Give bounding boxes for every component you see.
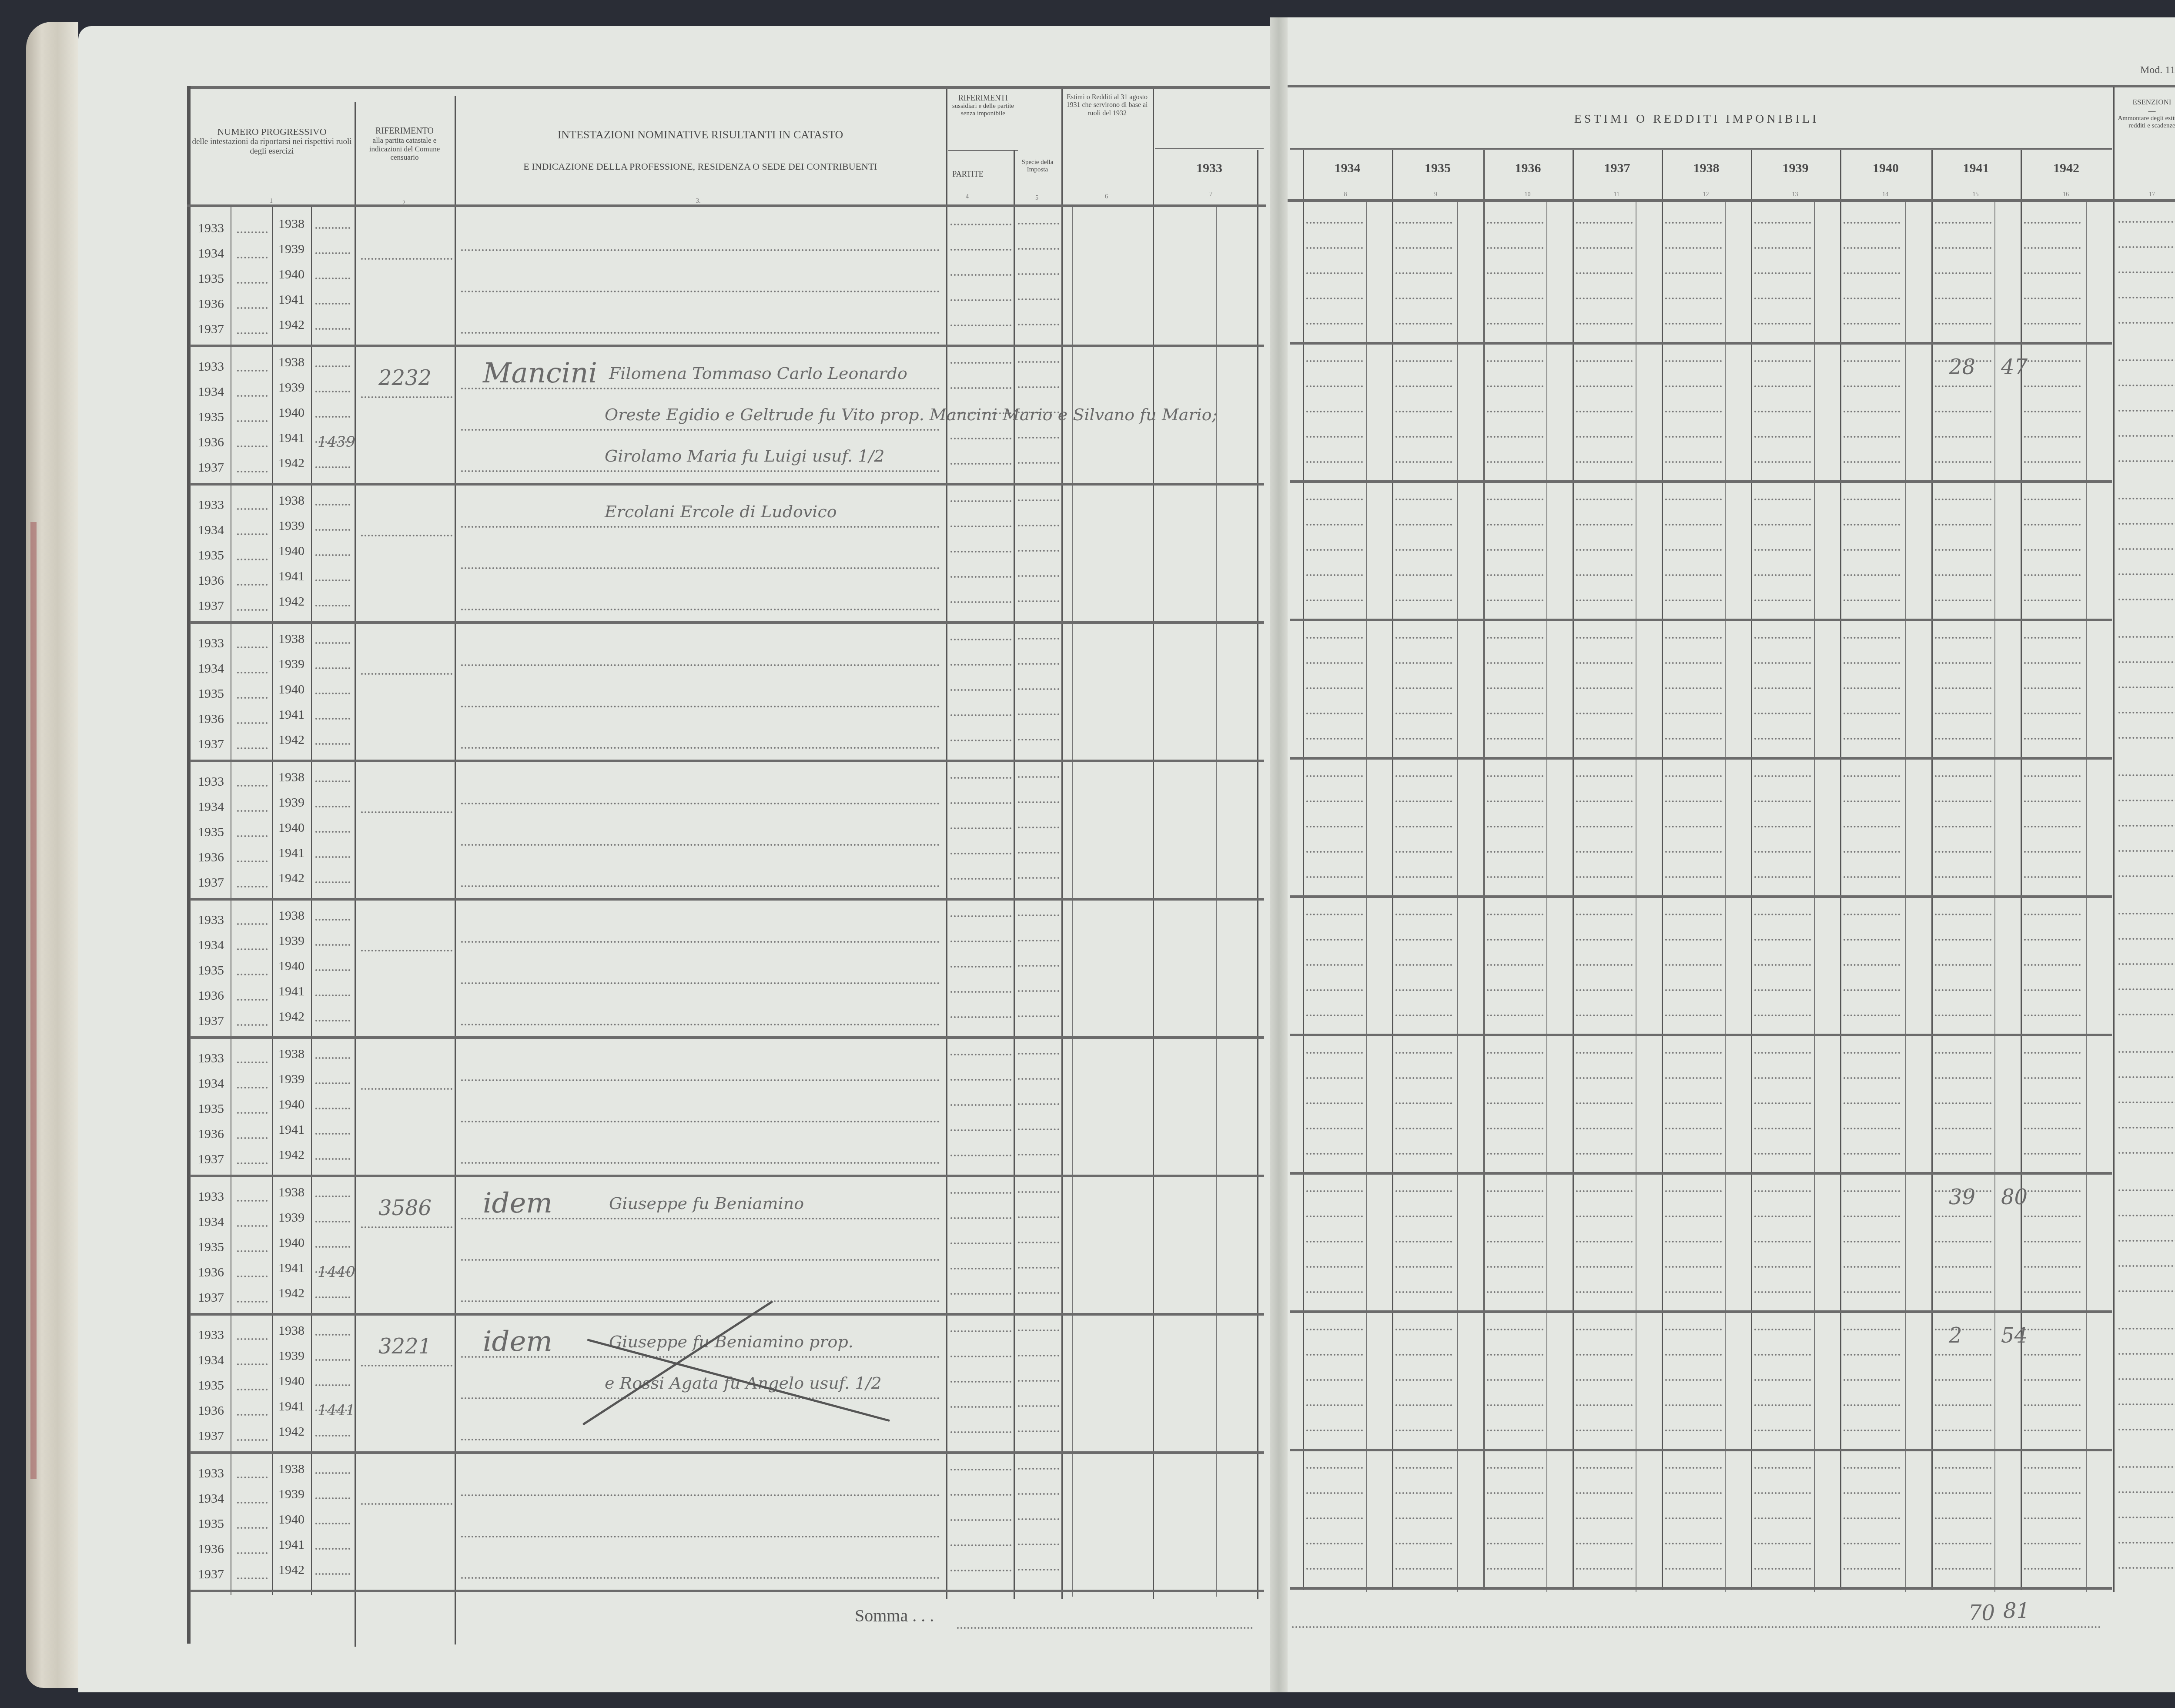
intestazione-line[interactable]: [461, 1121, 940, 1122]
estimo-field[interactable]: [1306, 637, 1363, 639]
esenzioni-field[interactable]: [2118, 548, 2175, 550]
estimo-field[interactable]: [1487, 599, 1543, 601]
esenzioni-field[interactable]: [2118, 498, 2175, 499]
estimo-field[interactable]: [1665, 385, 1722, 387]
estimo-field[interactable]: [1576, 989, 1633, 991]
partite-field[interactable]: [950, 664, 1011, 666]
partite-field[interactable]: [950, 777, 1011, 779]
estimo-field[interactable]: [1487, 1241, 1543, 1242]
estimo-field[interactable]: [1754, 461, 1811, 463]
estimo-field[interactable]: [1844, 1077, 1900, 1079]
estimo-field[interactable]: [1306, 851, 1363, 853]
estimo-field[interactable]: [1487, 662, 1543, 664]
estimo-field[interactable]: [1935, 1266, 1991, 1268]
estimo-field[interactable]: [1576, 1128, 1633, 1129]
progressivo-field[interactable]: [315, 718, 350, 720]
estimo-field[interactable]: [1395, 461, 1452, 463]
intestazione-line[interactable]: [461, 332, 940, 334]
estimo-field[interactable]: [1754, 939, 1811, 941]
estimo-field[interactable]: [1754, 1354, 1811, 1356]
estimo-field[interactable]: [1576, 1241, 1633, 1242]
estimo-field[interactable]: [1395, 599, 1452, 601]
esenzioni-field[interactable]: [2118, 410, 2175, 412]
partite-field[interactable]: [950, 1217, 1011, 1219]
estimo-field[interactable]: [1844, 989, 1900, 991]
partite-field[interactable]: [950, 991, 1011, 993]
estimo-field[interactable]: [2024, 1052, 2081, 1054]
partite-field[interactable]: [950, 601, 1011, 603]
partite-field[interactable]: [950, 827, 1011, 829]
esenzioni-field[interactable]: [2118, 1076, 2175, 1078]
estimo-field[interactable]: [1665, 298, 1722, 299]
partita-field[interactable]: [361, 1503, 452, 1505]
intestazione-line[interactable]: [461, 291, 940, 292]
progressivo-field[interactable]: [237, 1200, 268, 1202]
progressivo-field[interactable]: [315, 605, 350, 606]
progressivo-field[interactable]: [237, 1087, 268, 1088]
estimo-field[interactable]: [1665, 1216, 1722, 1217]
estimo-field[interactable]: [1576, 964, 1633, 966]
estimo-field[interactable]: [1844, 1190, 1900, 1192]
estimo-field[interactable]: [2024, 222, 2081, 224]
progressivo-field[interactable]: [237, 1527, 268, 1529]
progressivo-field[interactable]: [315, 1359, 350, 1361]
partite-field[interactable]: [950, 1129, 1011, 1131]
estimo-field[interactable]: [1935, 1354, 1991, 1356]
estimo-field[interactable]: [1576, 662, 1633, 664]
esenzioni-field[interactable]: [2118, 1051, 2175, 1053]
partite-field[interactable]: [950, 853, 1011, 854]
estimo-field[interactable]: [1576, 461, 1633, 463]
estimo-field[interactable]: [1665, 1329, 1722, 1330]
estimo-field[interactable]: [1306, 1190, 1363, 1192]
estimo-field[interactable]: [1935, 1467, 1991, 1469]
esenzioni-field[interactable]: [2118, 661, 2175, 663]
estimo-field[interactable]: [2024, 323, 2081, 325]
estimo-field[interactable]: [1395, 1404, 1452, 1406]
estimo-field[interactable]: [1487, 939, 1543, 941]
estimo-field[interactable]: [1665, 989, 1722, 991]
esenzioni-field[interactable]: [2118, 359, 2175, 361]
partita-field[interactable]: [361, 535, 452, 536]
estimo-field[interactable]: [1576, 222, 1633, 224]
estimo-field[interactable]: [1576, 549, 1633, 551]
intestazione-line[interactable]: [461, 982, 940, 984]
specie-field[interactable]: [1018, 1216, 1059, 1218]
estimo-field[interactable]: [1665, 1517, 1722, 1519]
estimo-field[interactable]: [1665, 713, 1722, 714]
progressivo-field[interactable]: [315, 1246, 350, 1248]
estimo-field[interactable]: [1935, 1291, 1991, 1293]
estimo-field[interactable]: [1844, 1266, 1900, 1268]
estimo-field[interactable]: [1395, 851, 1452, 853]
estimo-field[interactable]: [1576, 1291, 1633, 1293]
estimo-field[interactable]: [1935, 1543, 1991, 1544]
estimo-field[interactable]: [1487, 298, 1543, 299]
estimo-field[interactable]: [1844, 1379, 1900, 1381]
estimo-field[interactable]: [1754, 360, 1811, 362]
intestazione-line[interactable]: [461, 1397, 940, 1399]
specie-field[interactable]: [1018, 1154, 1059, 1155]
estimo-field[interactable]: [1754, 1153, 1811, 1155]
progressivo-field[interactable]: [315, 328, 350, 330]
specie-field[interactable]: [1018, 776, 1059, 778]
estimo-field[interactable]: [1487, 687, 1543, 689]
estimo-field[interactable]: [1844, 524, 1900, 526]
intestazione-line[interactable]: [461, 567, 940, 569]
progressivo-field[interactable]: [315, 1057, 350, 1059]
estimo-field[interactable]: [1576, 247, 1633, 249]
estimo-field[interactable]: [1935, 939, 1991, 941]
estimo-field[interactable]: [1754, 1467, 1811, 1469]
estimo-field[interactable]: [1665, 499, 1722, 500]
estimo-field[interactable]: [1487, 1102, 1543, 1104]
estimo-field[interactable]: [1487, 1266, 1543, 1268]
estimo-field[interactable]: [1754, 1052, 1811, 1054]
progressivo-field[interactable]: [237, 974, 268, 975]
estimo-field[interactable]: [1844, 1354, 1900, 1356]
estimo-field[interactable]: [1844, 1128, 1900, 1129]
progressivo-field[interactable]: [315, 1196, 350, 1197]
estimo-field[interactable]: [1395, 1266, 1452, 1268]
estimo-field[interactable]: [1665, 524, 1722, 526]
esenzioni-field[interactable]: [2118, 1403, 2175, 1405]
estimo-field[interactable]: [1844, 1291, 1900, 1293]
estimo-field[interactable]: [2024, 914, 2081, 915]
estimo-field[interactable]: [1395, 1077, 1452, 1079]
partita-field[interactable]: [361, 950, 452, 951]
progressivo-field[interactable]: [315, 667, 350, 669]
estimo-field[interactable]: [1306, 687, 1363, 689]
estimo-field[interactable]: [1306, 574, 1363, 576]
partite-field[interactable]: [950, 1016, 1011, 1018]
estimo-field[interactable]: [1665, 1153, 1722, 1155]
estimo-field[interactable]: [1754, 662, 1811, 664]
estimo-field[interactable]: [1576, 637, 1633, 639]
partite-field[interactable]: [950, 740, 1011, 741]
estimo-field[interactable]: [1844, 851, 1900, 853]
progressivo-field[interactable]: [237, 1112, 268, 1114]
specie-field[interactable]: [1018, 801, 1059, 803]
progressivo-field[interactable]: [315, 278, 350, 279]
progressivo-field[interactable]: [237, 1276, 268, 1277]
estimo-field[interactable]: [1395, 385, 1452, 387]
estimo-field[interactable]: [1487, 775, 1543, 777]
estimo-field[interactable]: [1665, 222, 1722, 224]
intestazione-line[interactable]: [461, 429, 940, 431]
partite-field[interactable]: [950, 878, 1011, 880]
partite-field[interactable]: [950, 1104, 1011, 1106]
estimo-field[interactable]: [1306, 272, 1363, 274]
estimo-field[interactable]: [1487, 713, 1543, 714]
estimo-field[interactable]: [1665, 826, 1722, 827]
estimo-field[interactable]: [1576, 599, 1633, 601]
estimo-field[interactable]: [1665, 247, 1722, 249]
estimo-field[interactable]: [1395, 876, 1452, 878]
estimo-field[interactable]: [1844, 713, 1900, 714]
specie-field[interactable]: [1018, 248, 1059, 250]
progressivo-field[interactable]: [237, 785, 268, 787]
partite-field[interactable]: [950, 576, 1011, 578]
progressivo-field[interactable]: [315, 995, 350, 996]
estimo-field[interactable]: [1754, 574, 1811, 576]
progressivo-field[interactable]: [237, 948, 268, 950]
specie-field[interactable]: [1018, 1493, 1059, 1495]
estimo-field[interactable]: [1306, 775, 1363, 777]
estimo-field[interactable]: [1306, 800, 1363, 802]
progressivo-field[interactable]: [315, 743, 350, 745]
progressivo-field[interactable]: [237, 722, 268, 724]
specie-field[interactable]: [1018, 877, 1059, 879]
estimo-field[interactable]: [1665, 964, 1722, 966]
estimo-field[interactable]: [1935, 964, 1991, 966]
estimo-field[interactable]: [1395, 1052, 1452, 1054]
estimo-field[interactable]: [1487, 964, 1543, 966]
estimo-field[interactable]: [1844, 247, 1900, 249]
estimo-field[interactable]: [1754, 1015, 1811, 1016]
estimo-field[interactable]: [1844, 876, 1900, 878]
estimo-field[interactable]: [1395, 713, 1452, 714]
specie-field[interactable]: [1018, 852, 1059, 854]
estimo-field[interactable]: [1487, 800, 1543, 802]
esenzioni-field[interactable]: [2118, 1542, 2175, 1544]
estimo-field[interactable]: [2024, 1379, 2081, 1381]
estimo-field[interactable]: [1395, 939, 1452, 941]
estimo-field[interactable]: [1306, 876, 1363, 878]
estimo-field[interactable]: [1395, 1517, 1452, 1519]
specie-field[interactable]: [1018, 499, 1059, 501]
estimo-field[interactable]: [1487, 1015, 1543, 1016]
specie-field[interactable]: [1018, 914, 1059, 916]
estimo-field[interactable]: [1487, 1190, 1543, 1192]
estimo-field[interactable]: [1306, 1379, 1363, 1381]
estimo-field[interactable]: [1844, 964, 1900, 966]
estimo-field[interactable]: [1576, 1517, 1633, 1519]
estimo-field[interactable]: [1844, 826, 1900, 827]
estimo-field[interactable]: [1844, 738, 1900, 740]
estimo-field[interactable]: [1665, 662, 1722, 664]
estimo-field[interactable]: [1665, 1190, 1722, 1192]
estimo-field[interactable]: [1395, 800, 1452, 802]
progressivo-field[interactable]: [315, 1158, 350, 1160]
estimo-field[interactable]: [1935, 411, 1991, 412]
estimo-field[interactable]: [1935, 298, 1991, 299]
estimo-field[interactable]: [2024, 385, 2081, 387]
esenzioni-field[interactable]: [2118, 988, 2175, 990]
partite-field[interactable]: [950, 941, 1011, 942]
estimo-field[interactable]: [1665, 687, 1722, 689]
estimo-field[interactable]: [1844, 1216, 1900, 1217]
estimo-field[interactable]: [1754, 222, 1811, 224]
estimo-field[interactable]: [1576, 1543, 1633, 1544]
estimo-field[interactable]: [1665, 1102, 1722, 1104]
estimo-field[interactable]: [2024, 461, 2081, 463]
estimo-field[interactable]: [2024, 599, 2081, 601]
estimo-field[interactable]: [1576, 1404, 1633, 1406]
estimo-field[interactable]: [1487, 574, 1543, 576]
partite-field[interactable]: [950, 1431, 1011, 1433]
specie-field[interactable]: [1018, 1518, 1059, 1520]
estimo-field[interactable]: [1754, 1492, 1811, 1494]
estimo-field[interactable]: [1395, 222, 1452, 224]
estimo-field[interactable]: [1665, 1052, 1722, 1054]
progressivo-field[interactable]: [237, 646, 268, 648]
estimo-field[interactable]: [1754, 298, 1811, 299]
estimo-field[interactable]: [1844, 1015, 1900, 1016]
estimo-field[interactable]: [1306, 1052, 1363, 1054]
estimo-field[interactable]: [1576, 876, 1633, 878]
intestazione-line[interactable]: [461, 249, 940, 251]
progressivo-field[interactable]: [315, 969, 350, 971]
estimo-field[interactable]: [1844, 914, 1900, 915]
estimo-field[interactable]: [1306, 222, 1363, 224]
estimo-field[interactable]: [2024, 1216, 2081, 1217]
estimo-field[interactable]: [1844, 1543, 1900, 1544]
esenzioni-field[interactable]: [2118, 1215, 2175, 1216]
estimo-field[interactable]: [1576, 1216, 1633, 1217]
partite-field[interactable]: [950, 1494, 1011, 1496]
specie-field[interactable]: [1018, 940, 1059, 941]
progressivo-field[interactable]: [237, 1250, 268, 1252]
estimo-field[interactable]: [1665, 360, 1722, 362]
estimo-field[interactable]: [2024, 1404, 2081, 1406]
estimo-field[interactable]: [1395, 1216, 1452, 1217]
estimo-field[interactable]: [1844, 385, 1900, 387]
estimo-field[interactable]: [1844, 1492, 1900, 1494]
estimo-field[interactable]: [1306, 964, 1363, 966]
estimo-field[interactable]: [1665, 1354, 1722, 1356]
estimo-field[interactable]: [1844, 1102, 1900, 1104]
estimo-field[interactable]: [1576, 851, 1633, 853]
progressivo-field[interactable]: [237, 923, 268, 925]
progressivo-field[interactable]: [237, 1577, 268, 1579]
estimo-field[interactable]: [1935, 1128, 1991, 1129]
progressivo-field[interactable]: [237, 1162, 268, 1164]
estimo-field[interactable]: [1395, 662, 1452, 664]
estimo-field[interactable]: [1935, 272, 1991, 274]
specie-field[interactable]: [1018, 324, 1059, 325]
estimo-field[interactable]: [2024, 1128, 2081, 1129]
estimo-field[interactable]: [1306, 411, 1363, 412]
estimo-field[interactable]: [1844, 662, 1900, 664]
estimo-field[interactable]: [1395, 1467, 1452, 1469]
specie-field[interactable]: [1018, 462, 1059, 464]
specie-field[interactable]: [1018, 663, 1059, 665]
estimo-field[interactable]: [1844, 272, 1900, 274]
esenzioni-field[interactable]: [2118, 1014, 2175, 1015]
specie-field[interactable]: [1018, 713, 1059, 715]
estimo-field[interactable]: [1395, 637, 1452, 639]
estimo-field[interactable]: [1844, 298, 1900, 299]
estimo-field[interactable]: [1487, 1517, 1543, 1519]
estimo-field[interactable]: [1754, 323, 1811, 325]
estimo-field[interactable]: [1935, 662, 1991, 664]
intestazione-line[interactable]: [461, 706, 940, 707]
estimo-field[interactable]: [2024, 574, 2081, 576]
estimo-field[interactable]: [2024, 876, 2081, 878]
progressivo-field[interactable]: [315, 1020, 350, 1021]
intestazione-line[interactable]: [461, 470, 940, 472]
estimo-field[interactable]: [2024, 775, 2081, 777]
progressivo-field[interactable]: [237, 257, 268, 258]
esenzioni-field[interactable]: [2118, 938, 2175, 940]
estimo-field[interactable]: [1754, 1241, 1811, 1242]
progressivo-field[interactable]: [237, 395, 268, 397]
estimo-field[interactable]: [1754, 1543, 1811, 1544]
estimo-field[interactable]: [1844, 1467, 1900, 1469]
progressivo-field[interactable]: [237, 584, 268, 586]
estimo-field[interactable]: [1487, 272, 1543, 274]
partite-field[interactable]: [950, 1293, 1011, 1295]
estimo-field[interactable]: [1395, 1329, 1452, 1330]
progressivo-field[interactable]: [315, 466, 350, 468]
partite-field[interactable]: [950, 1570, 1011, 1571]
esenzioni-field[interactable]: [2118, 322, 2175, 324]
estimo-field[interactable]: [1487, 914, 1543, 915]
esenzioni-field[interactable]: [2118, 1429, 2175, 1430]
estimo-field[interactable]: [1395, 1543, 1452, 1544]
estimo-field[interactable]: [1665, 914, 1722, 915]
estimo-field[interactable]: [1395, 1568, 1452, 1570]
estimo-field[interactable]: [1306, 1291, 1363, 1293]
estimo-field[interactable]: [2024, 800, 2081, 802]
estimo-field[interactable]: [1487, 1543, 1543, 1544]
specie-field[interactable]: [1018, 575, 1059, 577]
estimo-field[interactable]: [1306, 1517, 1363, 1519]
esenzioni-field[interactable]: [2118, 1290, 2175, 1292]
estimo-field[interactable]: [1576, 1379, 1633, 1381]
estimo-field[interactable]: [1754, 272, 1811, 274]
estimo-field[interactable]: [1306, 1430, 1363, 1431]
progressivo-field[interactable]: [237, 1389, 268, 1390]
partite-field[interactable]: [950, 802, 1011, 804]
estimo-field[interactable]: [1306, 1216, 1363, 1217]
estimo-field[interactable]: [1395, 524, 1452, 526]
esenzioni-field[interactable]: [2118, 850, 2175, 852]
specie-field[interactable]: [1018, 1242, 1059, 1243]
estimo-field[interactable]: [1306, 1543, 1363, 1544]
progressivo-field[interactable]: [315, 529, 350, 531]
estimo-field[interactable]: [1395, 964, 1452, 966]
estimo-field[interactable]: [1576, 1266, 1633, 1268]
specie-field[interactable]: [1018, 1103, 1059, 1105]
intestazione-line[interactable]: [461, 609, 940, 610]
estimo-field[interactable]: [1487, 1128, 1543, 1129]
estimo-field[interactable]: [1935, 775, 1991, 777]
progressivo-field[interactable]: [237, 1502, 268, 1504]
estimo-field[interactable]: [1487, 1077, 1543, 1079]
estimo-field[interactable]: [1576, 1190, 1633, 1192]
esenzioni-field[interactable]: [2118, 1152, 2175, 1154]
esenzioni-field[interactable]: [2118, 460, 2175, 462]
specie-field[interactable]: [1018, 990, 1059, 992]
partite-field[interactable]: [950, 463, 1011, 465]
estimo-field[interactable]: [2024, 360, 2081, 362]
estimo-field[interactable]: [1844, 1517, 1900, 1519]
estimo-field[interactable]: [1844, 1430, 1900, 1431]
estimo-field[interactable]: [1935, 1052, 1991, 1054]
estimo-field[interactable]: [1487, 1379, 1543, 1381]
estimo-field[interactable]: [1576, 1467, 1633, 1469]
estimo-field[interactable]: [1844, 800, 1900, 802]
estimo-field[interactable]: [1844, 687, 1900, 689]
progressivo-field[interactable]: [315, 252, 350, 254]
estimo-field[interactable]: [1844, 1329, 1900, 1330]
partite-field[interactable]: [950, 1406, 1011, 1408]
estimo-field[interactable]: [1935, 247, 1991, 249]
estimo-field[interactable]: [1576, 1077, 1633, 1079]
estimo-field[interactable]: [1576, 574, 1633, 576]
